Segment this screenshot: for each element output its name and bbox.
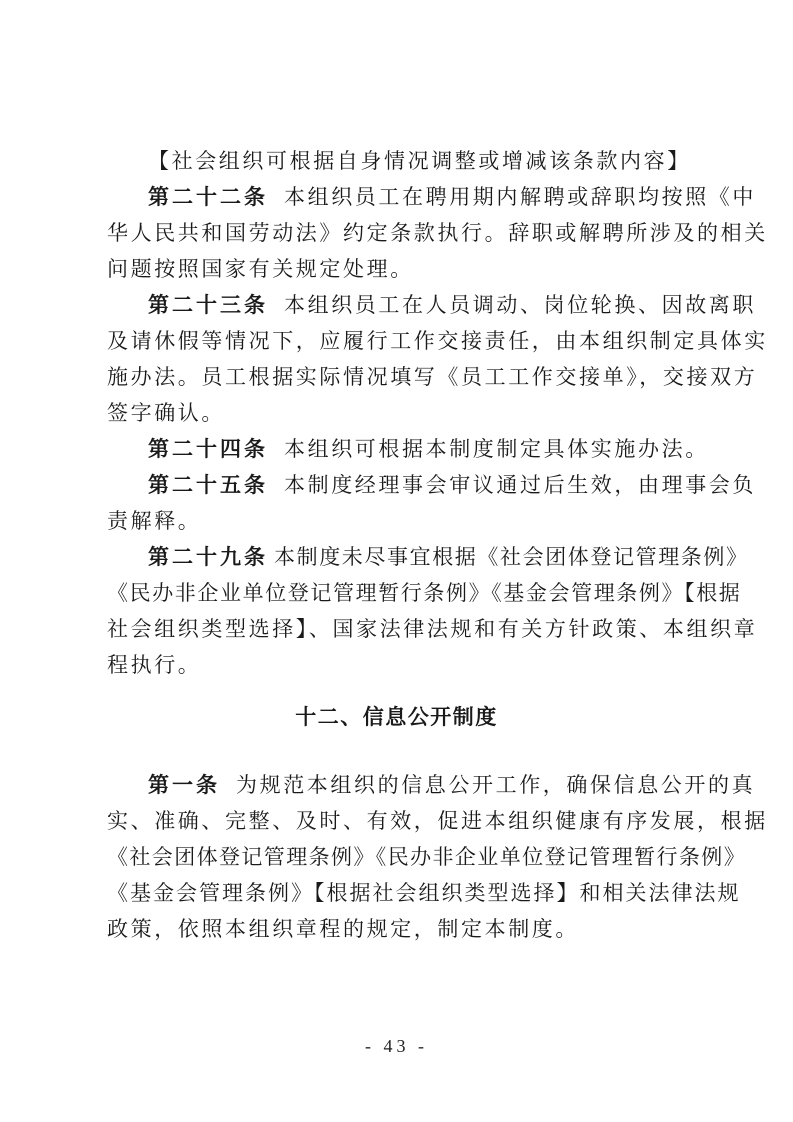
article-23-label: 第二十三条	[148, 293, 268, 317]
article-1-line-2: 实、准确、完整、及时、有效，促进本组织健康有序发展，根据	[107, 803, 697, 839]
article-29-line-3: 社会组织类型选择】、国家法律法规和有关方针政策、本组织章	[107, 611, 697, 647]
note-line: 【社会组织可根据自身情况调整或增减该条款内容】	[148, 143, 738, 179]
article-25-line-2: 责解释。	[107, 503, 697, 539]
page-number: - 43 -	[0, 1036, 793, 1057]
article-22-text-1: 本组织员工在聘用期内解聘或辞职均按照《中	[284, 185, 756, 209]
article-29-line-1: 第二十九条本制度未尽事宜根据《社会团体登记管理条例》	[148, 539, 738, 575]
article-29-line-2: 《民办非企业单位登记管理暂行条例》《基金会管理条例》【根据	[107, 575, 697, 611]
article-22-line-3: 问题按照国家有关规定处理。	[107, 251, 697, 287]
article-22-label: 第二十二条	[148, 185, 268, 209]
article-1-line-4: 《基金会管理条例》【根据社会组织类型选择】和相关法律法规	[107, 875, 697, 911]
article-23-line-1: 第二十三条本组织员工在人员调动、岗位轮换、因故离职	[148, 287, 738, 323]
article-24-text-1: 本组织可根据本制度制定具体实施办法。	[284, 437, 709, 461]
article-1-line-3: 《社会团体登记管理条例》《民办非企业单位登记管理暂行条例》	[107, 839, 697, 875]
article-25-label: 第二十五条	[148, 473, 268, 497]
article-23-text-1: 本组织员工在人员调动、岗位轮换、因故离职	[284, 293, 756, 317]
article-29-text-1: 本制度未尽事宜根据《社会团体登记管理条例》	[274, 545, 749, 569]
article-25-text-1: 本制度经理事会审议通过后生效，由理事会负	[284, 473, 756, 497]
article-29-line-4: 程执行。	[107, 647, 697, 683]
article-23-line-3: 施办法。员工根据实际情况填写《员工工作交接单》，交接双方	[107, 359, 697, 395]
article-24-line-1: 第二十四条本组织可根据本制度制定具体实施办法。	[148, 431, 738, 467]
article-1-line-5: 政策，依照本组织章程的规定，制定本制度。	[107, 911, 697, 947]
section-heading: 十二、信息公开制度	[0, 699, 793, 735]
article-22-line-2: 华人民共和国劳动法》约定条款执行。辞职或解聘所涉及的相关	[107, 215, 697, 251]
article-29-label: 第二十九条	[148, 545, 268, 569]
article-23-line-4: 签字确认。	[107, 395, 697, 431]
document-page: 【社会组织可根据自身情况调整或增减该条款内容】 第二十二条本组织员工在聘用期内解…	[0, 0, 793, 1122]
article-1-label: 第一条	[148, 773, 220, 797]
article-23-line-2: 及请休假等情况下，应履行工作交接责任，由本组织制定具体实	[107, 323, 697, 359]
article-24-label: 第二十四条	[148, 437, 268, 461]
article-25-line-1: 第二十五条本制度经理事会审议通过后生效，由理事会负	[148, 467, 738, 503]
article-1-line-1: 第一条为规范本组织的信息公开工作，确保信息公开的真	[148, 767, 738, 803]
article-22-line-1: 第二十二条本组织员工在聘用期内解聘或辞职均按照《中	[148, 179, 738, 215]
article-1-text-1: 为规范本组织的信息公开工作，确保信息公开的真	[236, 773, 755, 797]
